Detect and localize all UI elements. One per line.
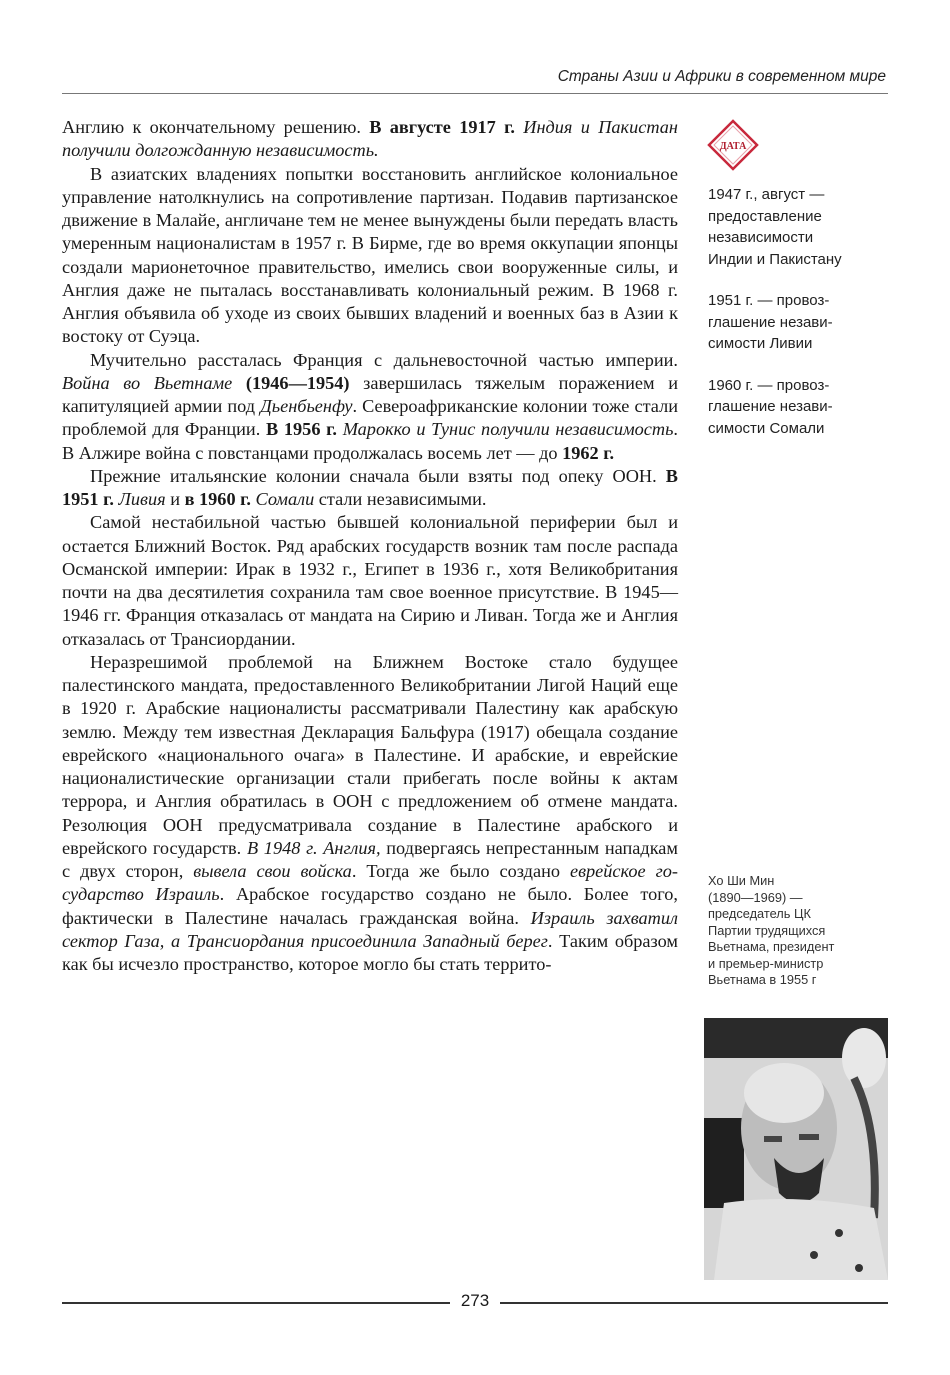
date-note: 1960 г. — провоз- глашение незави- симос… <box>708 375 888 440</box>
date-note: 1947 г., август — предоставление независ… <box>708 184 888 270</box>
italic-run: Сомали <box>256 489 315 509</box>
paragraph: Англию к окончательному решению. В авгус… <box>62 116 678 163</box>
header-divider <box>62 93 888 94</box>
paragraph: Неразрешимой проблемой на Ближнем Восток… <box>62 651 678 977</box>
sidebar-date-notes: 1947 г., август — предоставление независ… <box>708 184 888 459</box>
italic-run: Ливия <box>119 489 166 509</box>
date-badge-label: ДАТА <box>720 141 747 152</box>
paragraph: Прежние итальянские колонии сначала были… <box>62 465 678 512</box>
paragraph: Самой нестабильной частью бывшей колониа… <box>62 511 678 651</box>
date-diamond-icon: ДАТА <box>706 118 760 172</box>
portrait-caption-block: Хо Ши Мин (1890—1969) — председатель ЦК … <box>708 873 888 989</box>
text-run: Прежние итальянские колонии сначала были… <box>90 466 666 486</box>
text-run: В азиатских владениях попытки восстанови… <box>62 164 678 347</box>
portrait-image <box>704 1018 888 1280</box>
portrait-photo <box>704 1018 888 1280</box>
text-run: Неразрешимой проблемой на Ближнем Восток… <box>62 652 678 858</box>
main-text-column: Англию к окончательному решению. В авгус… <box>62 116 678 976</box>
paragraph: Мучительно рассталась Франция с дальнево… <box>62 349 678 465</box>
text-run: Мучительно рассталась Франция с дальнево… <box>90 350 678 370</box>
text-run <box>232 373 246 393</box>
text-run: Самой нестабильной частью бывшей колониа… <box>62 512 678 648</box>
italic-run: Война во Вьетнаме <box>62 373 232 393</box>
bold-run: в 1960 г. <box>185 489 251 509</box>
date-note: 1951 г. — провоз- глашение незави- симос… <box>708 290 888 355</box>
footer-divider-right <box>500 1302 888 1304</box>
text-run: и <box>166 489 185 509</box>
portrait-caption: Хо Ши Мин (1890—1969) — председатель ЦК … <box>708 873 888 989</box>
footer-divider-left <box>62 1302 450 1304</box>
bold-run: В августе 1917 г. <box>369 117 515 137</box>
text-run: стали независимыми. <box>314 489 486 509</box>
page-number: 273 <box>450 1291 500 1311</box>
running-header: Страны Азии и Африки в современном мире <box>440 68 886 86</box>
bold-run: 1962 г. <box>562 443 614 463</box>
italic-run: Дьенбьенфу <box>260 396 352 416</box>
italic-run: Марокко и Тунис получи­ли независимость <box>337 419 673 439</box>
bold-run: В 1956 г. <box>266 419 337 439</box>
paragraph: В азиатских владениях попытки восстанови… <box>62 163 678 349</box>
italic-run: В 1948 г. Анг­лия, <box>247 838 381 858</box>
text-run: . Тогда же было создано <box>352 861 570 881</box>
text-run: Англию к окончательному решению. <box>62 117 369 137</box>
bold-run: (1946—1954) <box>246 373 350 393</box>
italic-run: вывела свои войска <box>193 861 352 881</box>
